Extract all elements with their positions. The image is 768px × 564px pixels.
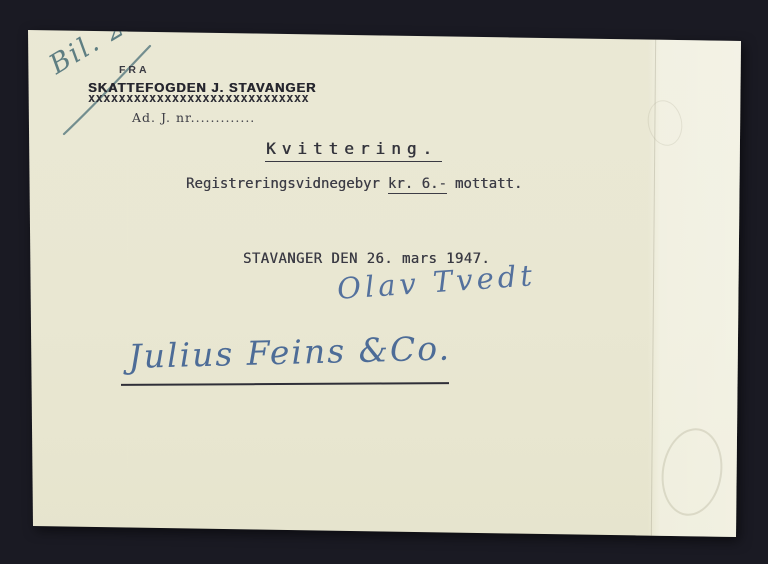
fee-line: Registreringsvidnegebyrkr. 6.-mottatt. [186,176,522,192]
paper-shadow-wrap: Bil. 2 FRA xxxxxxxxxxxxxxxxxxxxxxxxxxxxx… [0,0,768,564]
fee-amount: kr. 6.- [388,176,447,194]
journal-number-line: Ad. J. nr............. [132,110,255,125]
receipt-title: Kvittering. [265,139,442,162]
journal-number-label: Ad. J. nr [132,110,191,125]
fee-suffix: mottatt. [455,176,522,192]
from-label: FRA [119,64,150,76]
journal-leader-dots: ............. [191,110,256,125]
fee-prefix: Registreringsvidnegebyr [186,176,380,192]
receipt-paper: Bil. 2 FRA xxxxxxxxxxxxxxxxxxxxxxxxxxxxx… [0,0,768,564]
payer-underline [121,382,449,386]
scan-background: Bil. 2 FRA xxxxxxxxxxxxxxxxxxxxxxxxxxxxx… [0,0,768,564]
payer-name-handwritten: Julius Feins &Co. [128,329,451,376]
watermark-stain [655,424,728,520]
sender-stamp: SKATTEFOGDEN J. STAVANGER [88,80,316,95]
watermark-stain-small [644,97,687,149]
